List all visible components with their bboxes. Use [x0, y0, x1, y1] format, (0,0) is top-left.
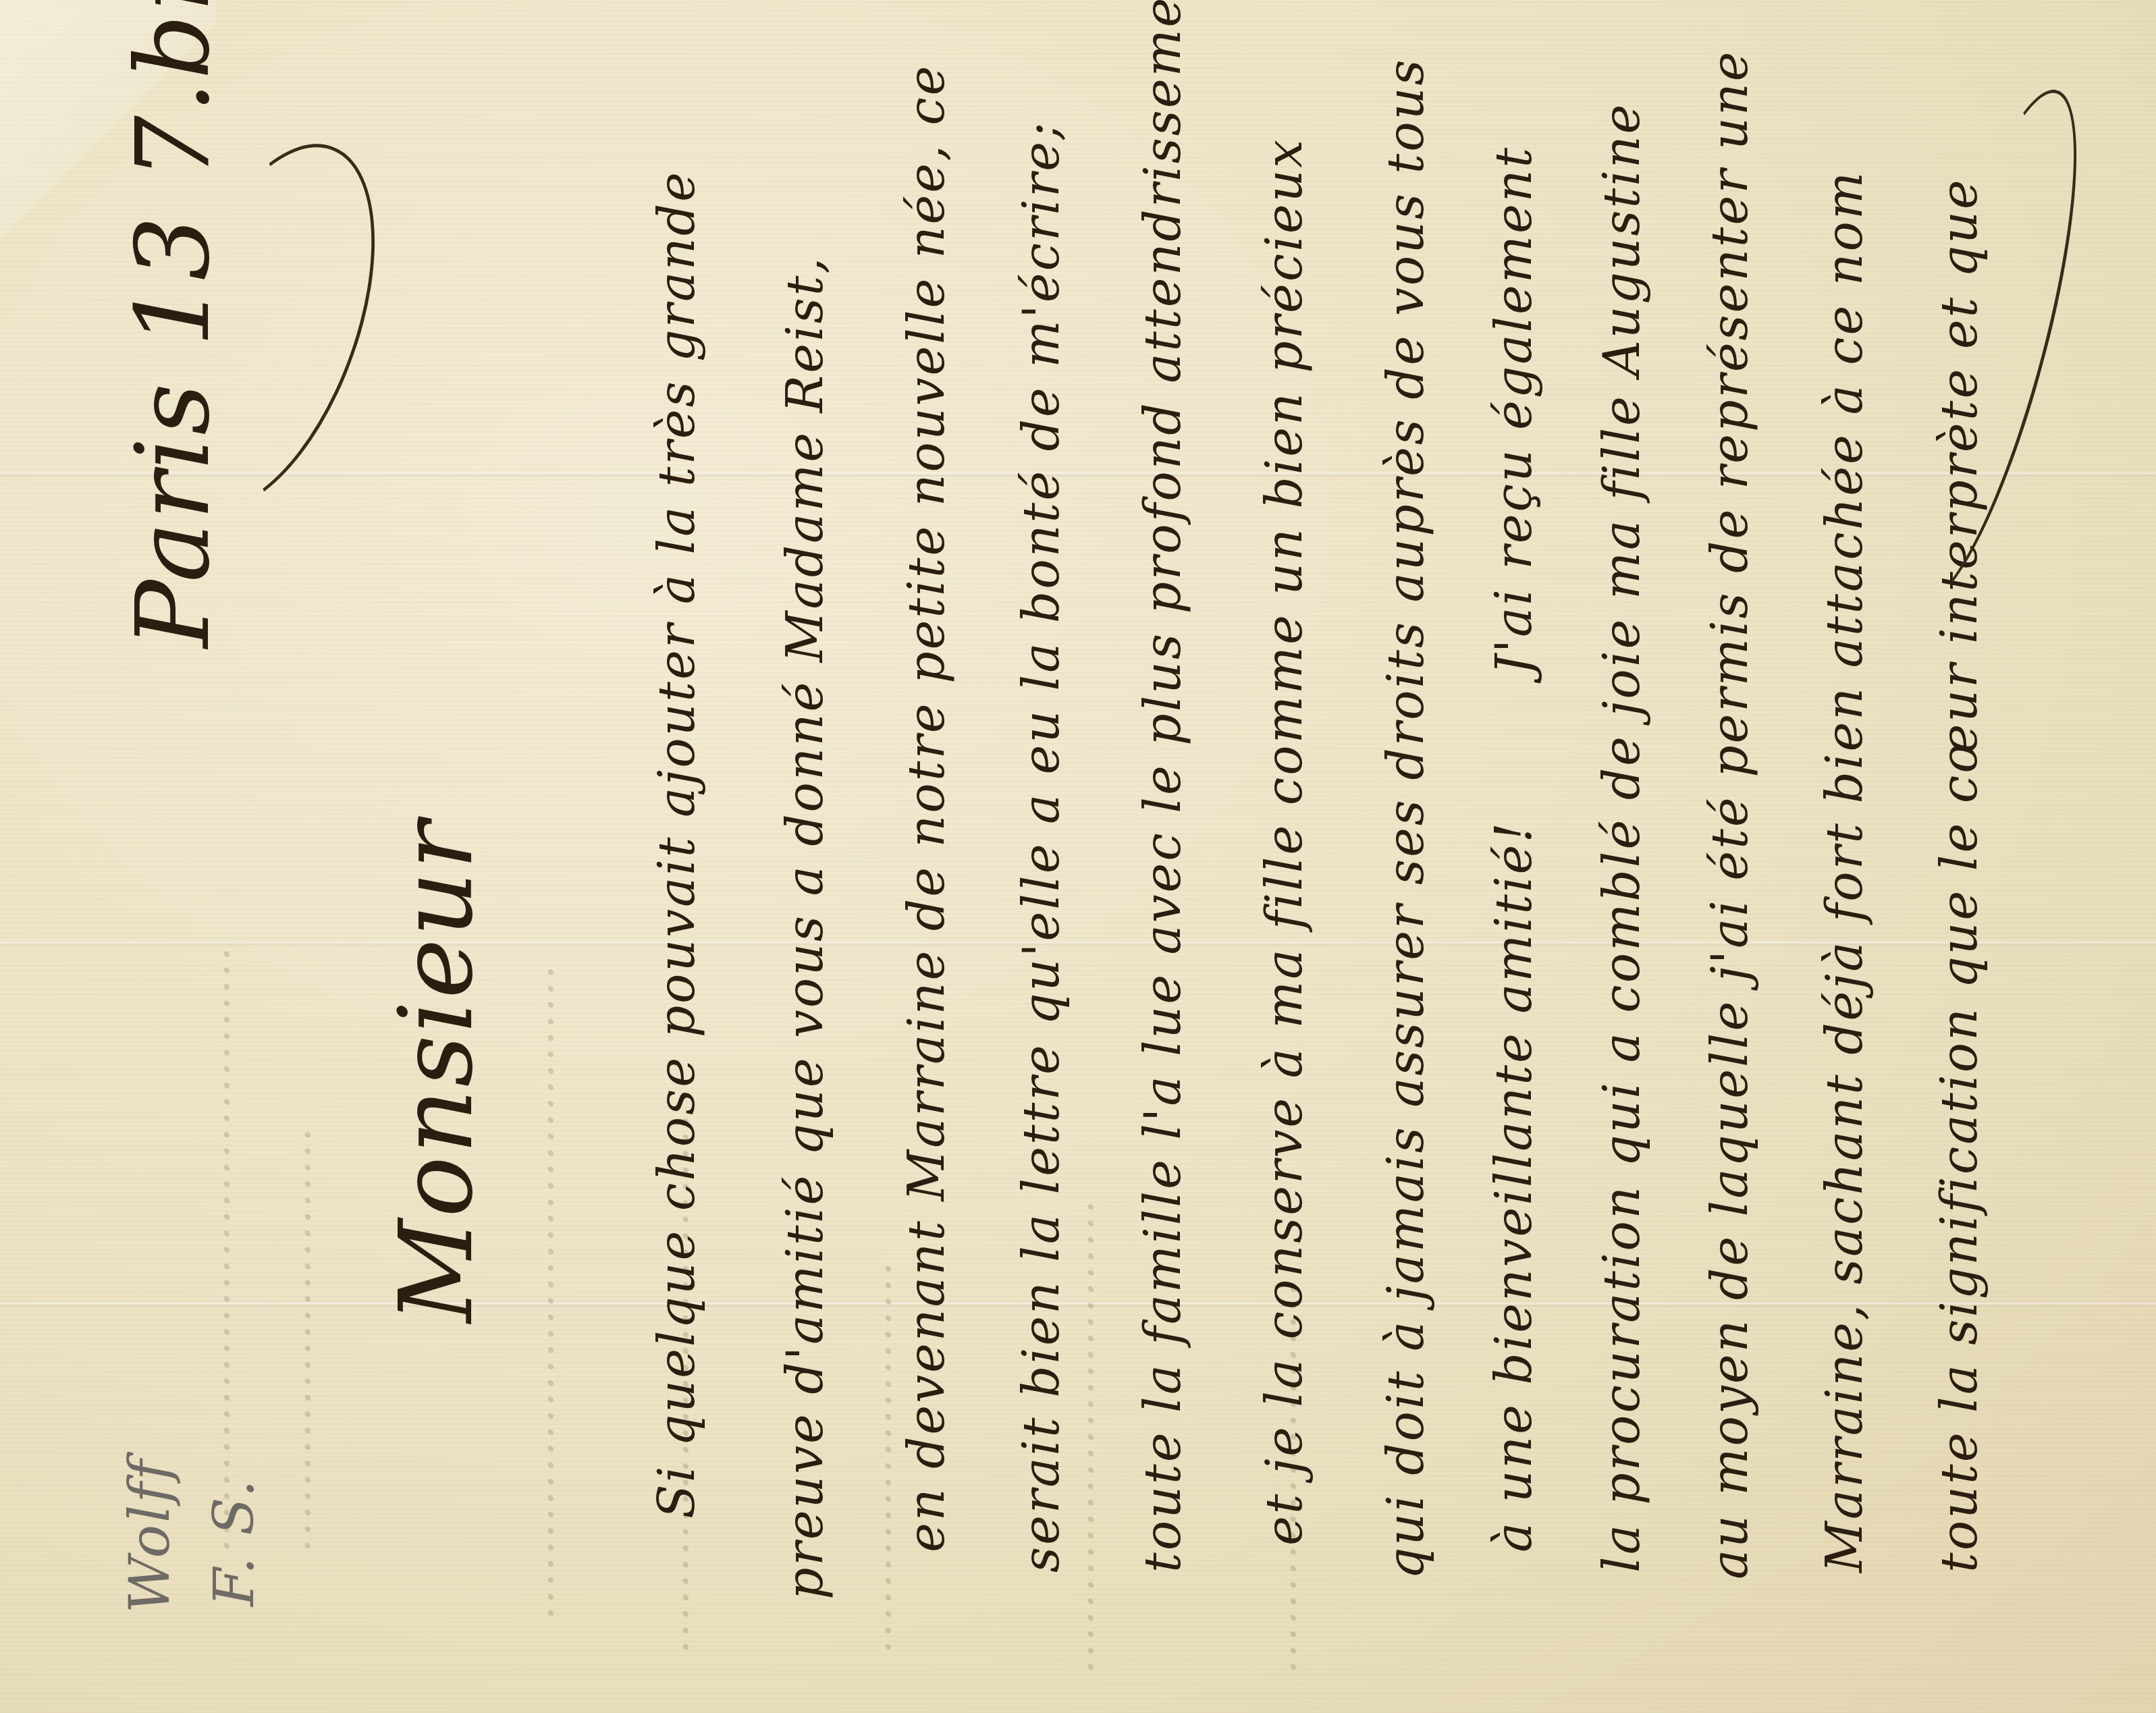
body-line: preuve d'amitié que vous a donné Madame … [776, 256, 834, 1600]
salutation: Monsieur [378, 819, 495, 1323]
bleed-through-text: ·························· [284, 1125, 333, 1552]
margin-note-name: Wolff [118, 1458, 182, 1613]
body-line: au moyen de laquelle j'ai été permis de … [1701, 50, 1759, 1579]
body-line: et je la conserve à ma fille comme un bi… [1256, 138, 1314, 1546]
bleed-through-text: ····································· [203, 944, 252, 1552]
bleed-through-text: ····························· [1067, 1197, 1116, 1674]
body-line: serait bien la lettre qu'elle a eu la bo… [1013, 121, 1071, 1573]
body-line: Si quelque chose pouvait ajouter à la tr… [648, 170, 706, 1519]
bleed-through-text: ········································ [527, 962, 576, 1620]
body-line: Marraine, sachant déjà fort bien attaché… [1816, 170, 1874, 1573]
body-line: toute la famille l'a lue avec le plus pr… [1134, 0, 1192, 1573]
body-line: qui doit à jamais assurer ses droits aup… [1377, 58, 1435, 1579]
body-line: en devenant Marraine de notre petite nou… [898, 64, 956, 1552]
body-line: J'ai reçu également [1485, 146, 1543, 675]
body-line: la procuration qui a comblé de joie ma f… [1593, 103, 1651, 1573]
letter-paper: ····································· ··… [0, 0, 2156, 1713]
body-line: à une bienveillante amitié! [1485, 821, 1543, 1552]
margin-note-sub: F. S. [203, 1477, 267, 1606]
